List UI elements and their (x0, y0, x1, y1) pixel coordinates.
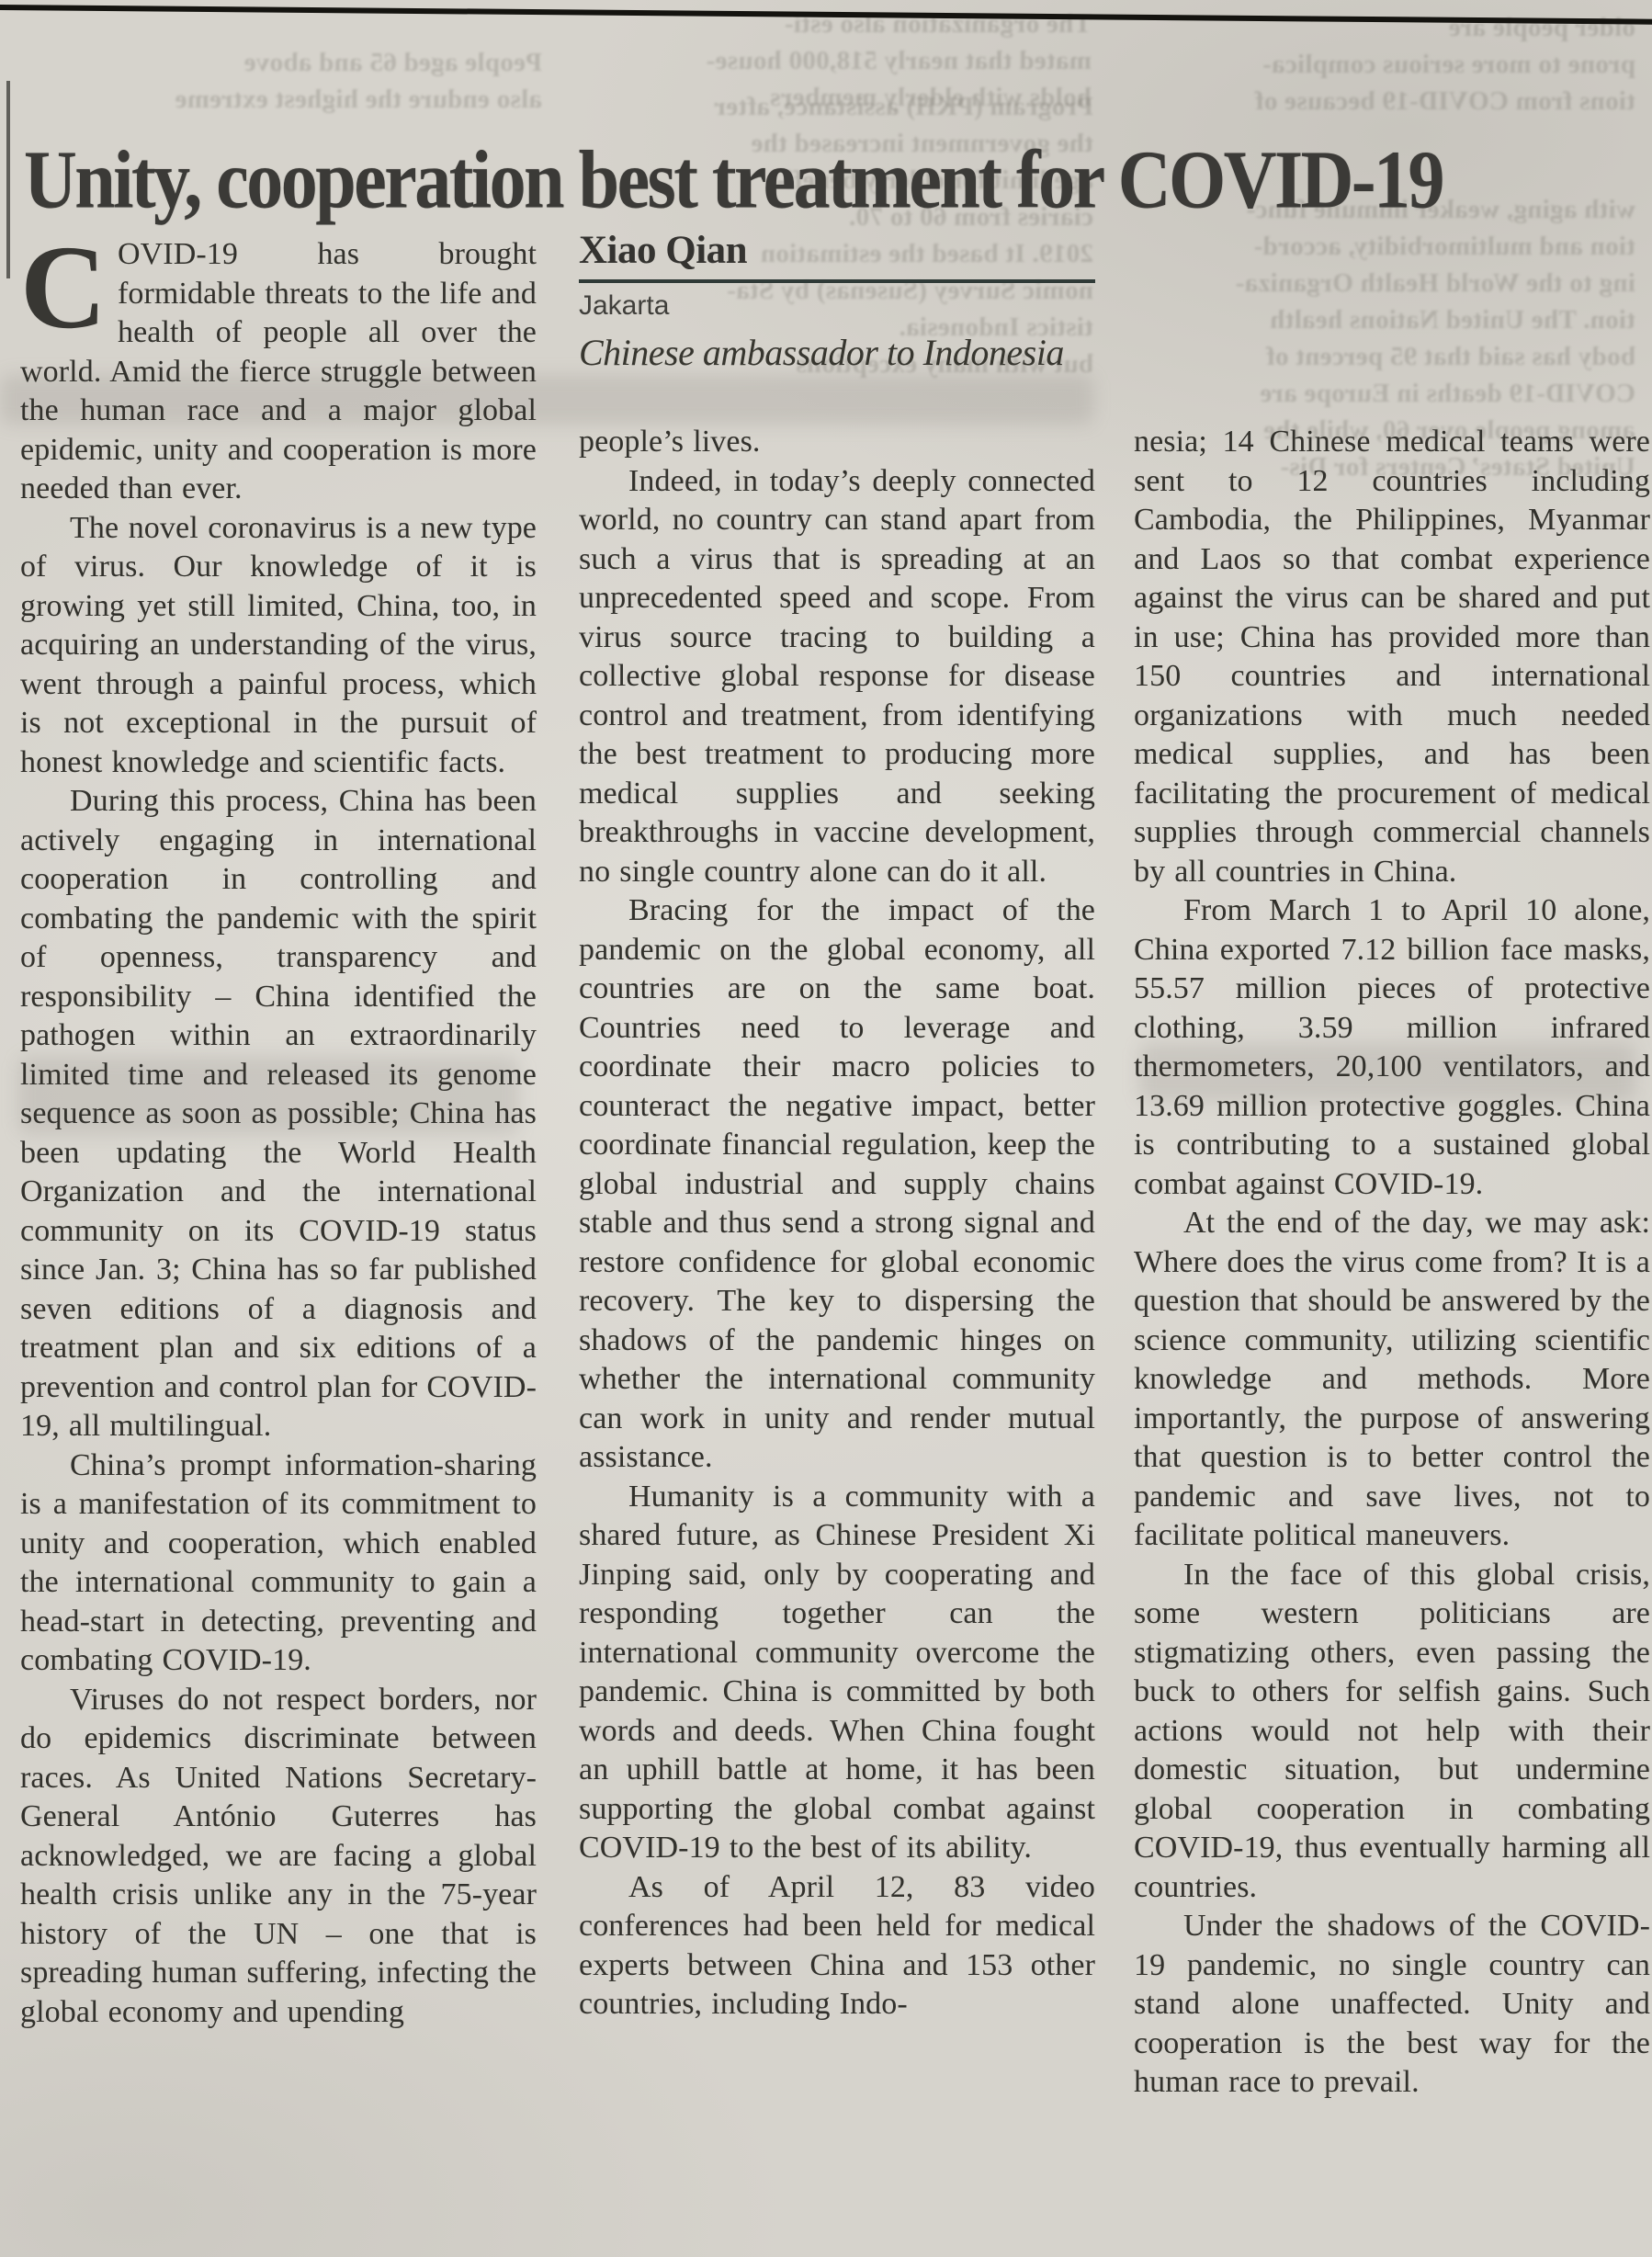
byline-dateline: Jakarta (579, 290, 1095, 322)
byline-author-title: Chinese ambassador to Indonesia (579, 333, 1095, 373)
article-paragraph: Under the shadows of the COVID-19 pandem… (1134, 1907, 1650, 2103)
drop-cap: C (20, 235, 118, 335)
byline-block: Xiao Qian Jakarta Chinese ambassador to … (579, 230, 1095, 373)
article-column-1: COVID-19 has brought formidable threats … (20, 235, 537, 2255)
article-column-3: nesia; 14 Chinese medical teams were sen… (1134, 423, 1650, 2255)
bleed-through-text: older people are prone to more serious c… (1103, 9, 1635, 119)
article-column-2: people’s lives. Indeed, in today’s deepl… (579, 423, 1095, 2255)
article-paragraph: Viruses do not respect borders, nor do e… (20, 1681, 537, 2033)
byline-author: Xiao Qian (579, 230, 1095, 272)
article-paragraph: The novel coronavirus is a new type of v… (20, 509, 537, 783)
bleed-through-text: People aged 65 and above also endure the… (28, 44, 542, 118)
article-paragraph: As of April 12, 83 video conferences had… (579, 1868, 1095, 2024)
article-paragraph: Humanity is a community with a shared fu… (579, 1478, 1095, 1868)
article-paragraph: In the face of this global crisis, some … (1134, 1556, 1650, 1908)
article-paragraph: From March 1 to April 10 alone, China ex… (1134, 891, 1650, 1204)
article-headline: Unity, cooperation best treatment for CO… (24, 134, 1645, 228)
newspaper-page: { "article": { "headline": "Unity, coope… (0, 0, 1652, 2257)
article-paragraph: COVID-19 has brought formidable threats … (20, 235, 537, 509)
article-paragraph: During this process, China has been acti… (20, 782, 537, 1446)
article-paragraph-continuation: people’s lives. (579, 423, 1095, 462)
article-paragraph: Indeed, in today’s deeply connected worl… (579, 462, 1095, 892)
article-paragraph: At the end of the day, we may ask: Where… (1134, 1204, 1650, 1556)
byline-divider (579, 279, 1095, 283)
page-fold-line (6, 81, 10, 278)
article-paragraph-continuation: nesia; 14 Chinese medical teams were sen… (1134, 423, 1650, 891)
article-paragraph: Bracing for the impact of the pandemic o… (579, 891, 1095, 1478)
article-paragraph: China’s prompt information-sharing is a … (20, 1446, 537, 1681)
